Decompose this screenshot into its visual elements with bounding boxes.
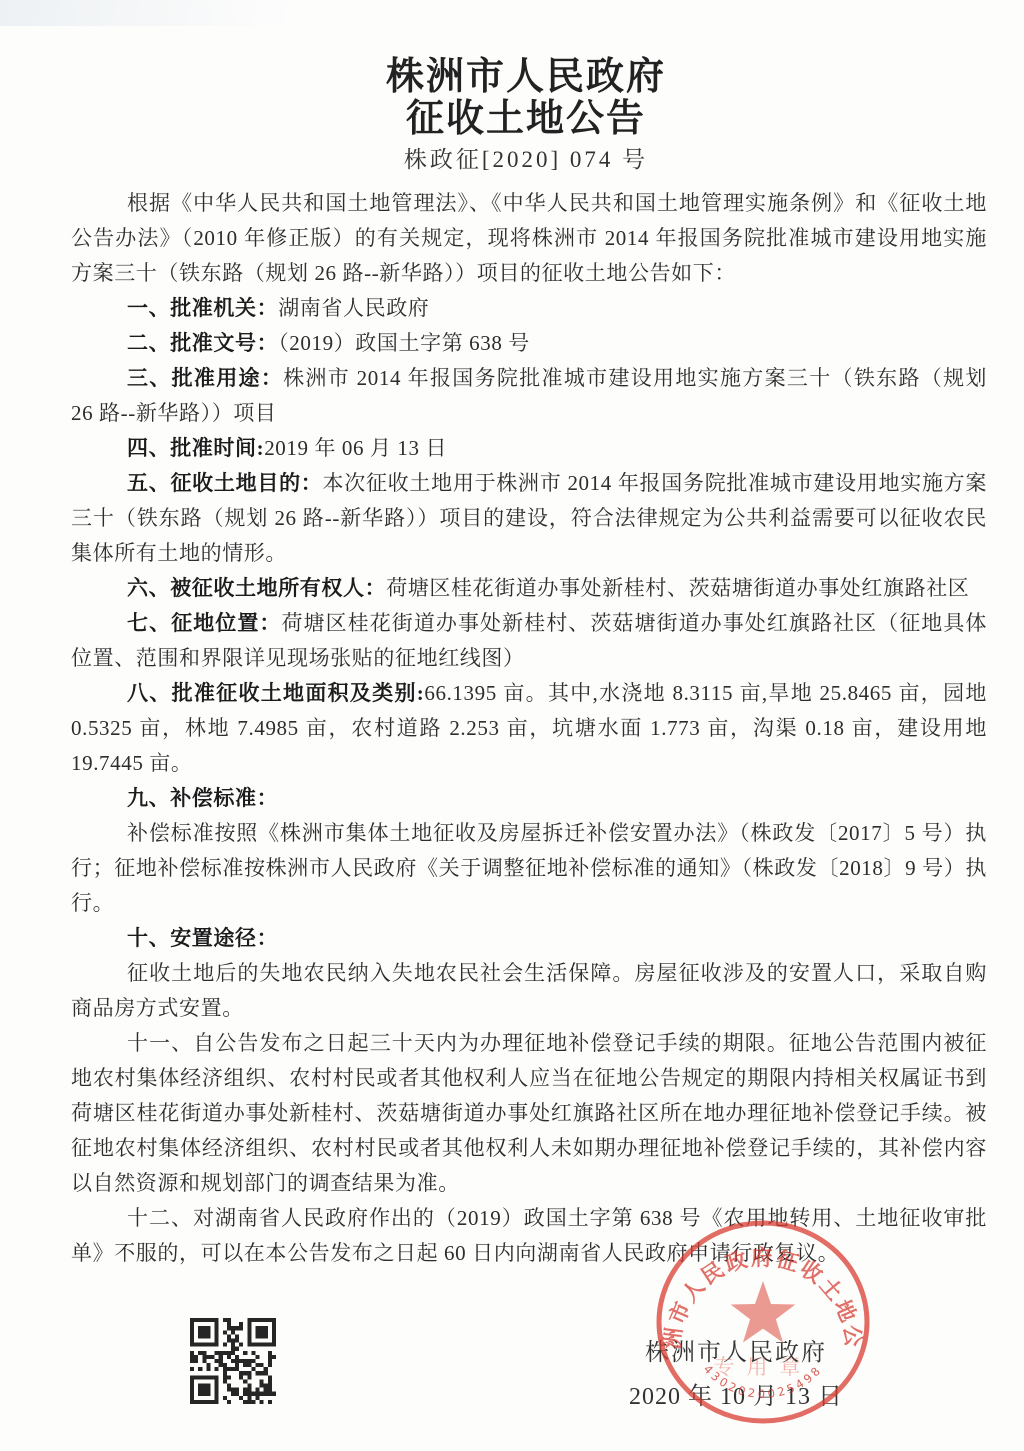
paragraph-label: 一、批准机关：: [127, 296, 278, 320]
paragraph-text: 2019 年 06 月 13 日: [264, 436, 447, 460]
paragraph-label: 三、批准用途：: [127, 366, 283, 390]
paragraph: 六、被征收土地所有权人：荷塘区桂花街道办事处新桂村、茨菇塘街道办事处红旗路社区: [71, 571, 987, 606]
paragraph-text: 湖南省人民政府: [278, 296, 429, 320]
paragraph: 十一、自公告发布之日起三十天内为办理征地补偿登记手续的期限。征地公告范围内被征地…: [71, 1026, 987, 1201]
signature-date: 2020 年 10 月 13 日: [595, 1376, 877, 1411]
signature-name: 株洲市人民政府: [595, 1332, 877, 1367]
paragraph-label: 八、批准征收土地面积及类别:: [127, 681, 424, 705]
paragraph-text: 十一、自公告发布之日起三十天内为办理征地补偿登记手续的期限。征地公告范围内被征地…: [71, 1031, 987, 1195]
paragraph-label: 五、征收土地目的：: [127, 471, 323, 495]
paragraph: 四、批准时间:2019 年 06 月 13 日: [71, 431, 987, 466]
paragraph-label: 十、安置途径：: [127, 926, 278, 950]
doc-number: 株政征[2020] 074 号: [28, 147, 1024, 173]
paragraph: 补偿标准按照《株洲市集体土地征收及房屋拆迁补偿安置办法》（株政发〔2017〕5 …: [71, 816, 987, 921]
paragraph-text: 十二、对湖南省人民政府作出的（2019）政国土字第 638 号《农用地转用、土地…: [71, 1206, 987, 1265]
paragraph: 一、批准机关：湖南省人民政府: [71, 291, 987, 326]
paragraph: 五、征收土地目的：本次征收土地用于株洲市 2014 年报国务院批准城市建设用地实…: [71, 466, 987, 571]
paragraph: 十、安置途径：: [71, 921, 987, 956]
paragraph: 二、批准文号：（2019）政国土字第 638 号: [71, 326, 987, 361]
paragraph-text: （2019）政国土字第 638 号: [278, 331, 530, 355]
document-header: 株洲市人民政府 征收土地公告 株政征[2020] 074 号: [0, 0, 1024, 173]
paragraph: 七、征地位置：荷塘区桂花街道办事处新桂村、茨菇塘街道办事处红旗路社区（征地具体位…: [71, 606, 987, 676]
paragraph-text: 征收土地后的失地农民纳入失地农民社会生活保障。房屋征收涉及的安置人口，采取自购商…: [71, 961, 987, 1020]
paragraph-text: 荷塘区桂花街道办事处新桂村、茨菇塘街道办事处红旗路社区: [386, 576, 969, 600]
paragraph: 九、补偿标准：: [71, 781, 987, 816]
paragraph: 十二、对湖南省人民政府作出的（2019）政国土字第 638 号《农用地转用、土地…: [71, 1201, 987, 1271]
paragraph-text: 补偿标准按照《株洲市集体土地征收及房屋拆迁补偿安置办法》（株政发〔2017〕5 …: [71, 821, 987, 915]
document-page: 株洲市人民政府 征收土地公告 株政征[2020] 074 号 根据《中华人民共和…: [0, 0, 1024, 1451]
paragraph-label: 四、批准时间:: [127, 436, 264, 460]
signature-block: 株洲市人民政府 2020 年 10 月 13 日: [595, 1332, 877, 1411]
qr-code-icon: [190, 1318, 276, 1404]
paragraph-label: 二、批准文号：: [127, 331, 278, 355]
paragraph-label: 七、征地位置：: [127, 611, 281, 635]
paragraph: 征收土地后的失地农民纳入失地农民社会生活保障。房屋征收涉及的安置人口，采取自购商…: [71, 956, 987, 1026]
title-line-2: 征收土地公告: [28, 98, 1024, 140]
paragraph-label: 六、被征收土地所有权人：: [127, 576, 386, 600]
title-line-1: 株洲市人民政府: [28, 56, 1024, 98]
paragraph-label: 九、补偿标准：: [127, 786, 278, 810]
document-body: 根据《中华人民共和国土地管理法》、《中华人民共和国土地管理实施条例》和《征收土地…: [71, 186, 987, 1271]
paragraph: 八、批准征收土地面积及类别:66.1395 亩。其中,水浇地 8.3115 亩,…: [71, 676, 987, 781]
paragraph-text: 根据《中华人民共和国土地管理法》、《中华人民共和国土地管理实施条例》和《征收土地…: [71, 191, 987, 285]
paragraph: 三、批准用途：株洲市 2014 年报国务院批准城市建设用地实施方案三十（铁东路（…: [71, 361, 987, 431]
paragraph: 根据《中华人民共和国土地管理法》、《中华人民共和国土地管理实施条例》和《征收土地…: [71, 186, 987, 291]
